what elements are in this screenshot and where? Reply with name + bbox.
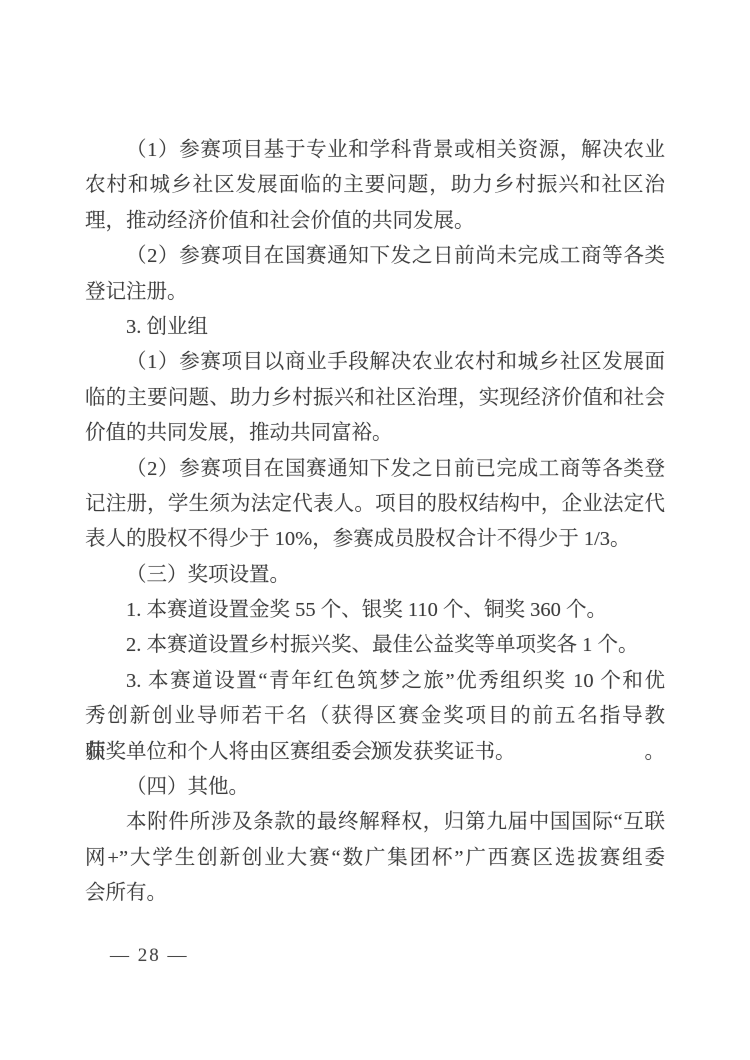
- text-line: 价值的共同发展，推动共同富裕。: [85, 416, 665, 451]
- text-line: （2）参赛项目在国赛通知下发之日前已完成工商等各类登: [85, 452, 665, 487]
- text-line: 秀创新创业导师若干名（获得区赛金奖项目的前五名指导教师）。: [85, 699, 665, 734]
- paragraph: （2）参赛项目在国赛通知下发之日前已完成工商等各类登记注册，学生须为法定代表人。…: [85, 452, 665, 558]
- text-line: 临的主要问题、助力乡村振兴和社区治理，实现经济价值和社会: [85, 381, 665, 416]
- paragraph: 1. 本赛道设置金奖 55 个、银奖 110 个、铜奖 360 个。: [85, 593, 665, 628]
- text-line: 本附件所涉及条款的最终解释权，归第九届中国国际“互联: [85, 805, 665, 840]
- text-line: 理，推动经济价值和社会价值的共同发展。: [85, 204, 665, 239]
- document-page: （1）参赛项目基于专业和学科背景或相关资源，解决农业农村和城乡社区发展面临的主要…: [0, 0, 750, 1060]
- text-line: 网+”大学生创新创业大赛“数广集团杯”广西赛区选拔赛组委: [85, 841, 665, 876]
- paragraph: 2. 本赛道设置乡村振兴奖、最佳公益奖等单项奖各 1 个。: [85, 628, 665, 663]
- paragraph: 本附件所涉及条款的最终解释权，归第九届中国国际“互联网+”大学生创新创业大赛“数…: [85, 805, 665, 911]
- text-line: （1）参赛项目基于专业和学科背景或相关资源，解决农业: [85, 133, 665, 168]
- paragraph: 3. 创业组: [85, 310, 665, 345]
- paragraph: 3. 本赛道设置“青年红色筑梦之旅”优秀组织奖 10 个和优秀创新创业导师若干名…: [85, 664, 665, 770]
- paragraph: （2）参赛项目在国赛通知下发之日前尚未完成工商等各类登记注册。: [85, 239, 665, 310]
- text-line: 记注册，学生须为法定代表人。项目的股权结构中，企业法定代: [85, 487, 665, 522]
- text-line: 表人的股权不得少于 10%，参赛成员股权合计不得少于 1/3。: [85, 522, 665, 557]
- text-line: （2）参赛项目在国赛通知下发之日前尚未完成工商等各类: [85, 239, 665, 274]
- paragraph: （1）参赛项目基于专业和学科背景或相关资源，解决农业农村和城乡社区发展面临的主要…: [85, 133, 665, 239]
- text-line: （三）奖项设置。: [85, 558, 665, 593]
- page-number: — 28 —: [110, 944, 189, 968]
- text-line: 1. 本赛道设置金奖 55 个、银奖 110 个、铜奖 360 个。: [85, 593, 665, 628]
- text-line: 2. 本赛道设置乡村振兴奖、最佳公益奖等单项奖各 1 个。: [85, 628, 665, 663]
- text-line: 登记注册。: [85, 275, 665, 310]
- paragraph: （四）其他。: [85, 770, 665, 805]
- text-line: 会所有。: [85, 876, 665, 911]
- text-line: 农村和城乡社区发展面临的主要问题，助力乡村振兴和社区治: [85, 168, 665, 203]
- paragraph: （1）参赛项目以商业手段解决农业农村和城乡社区发展面临的主要问题、助力乡村振兴和…: [85, 345, 665, 451]
- document-body: （1）参赛项目基于专业和学科背景或相关资源，解决农业农村和城乡社区发展面临的主要…: [85, 133, 665, 912]
- text-line: 3. 创业组: [85, 310, 665, 345]
- text-line: 3. 本赛道设置“青年红色筑梦之旅”优秀组织奖 10 个和优: [85, 664, 665, 699]
- text-line: （1）参赛项目以商业手段解决农业农村和城乡社区发展面: [85, 345, 665, 380]
- text-line: （四）其他。: [85, 770, 665, 805]
- paragraph: （三）奖项设置。: [85, 558, 665, 593]
